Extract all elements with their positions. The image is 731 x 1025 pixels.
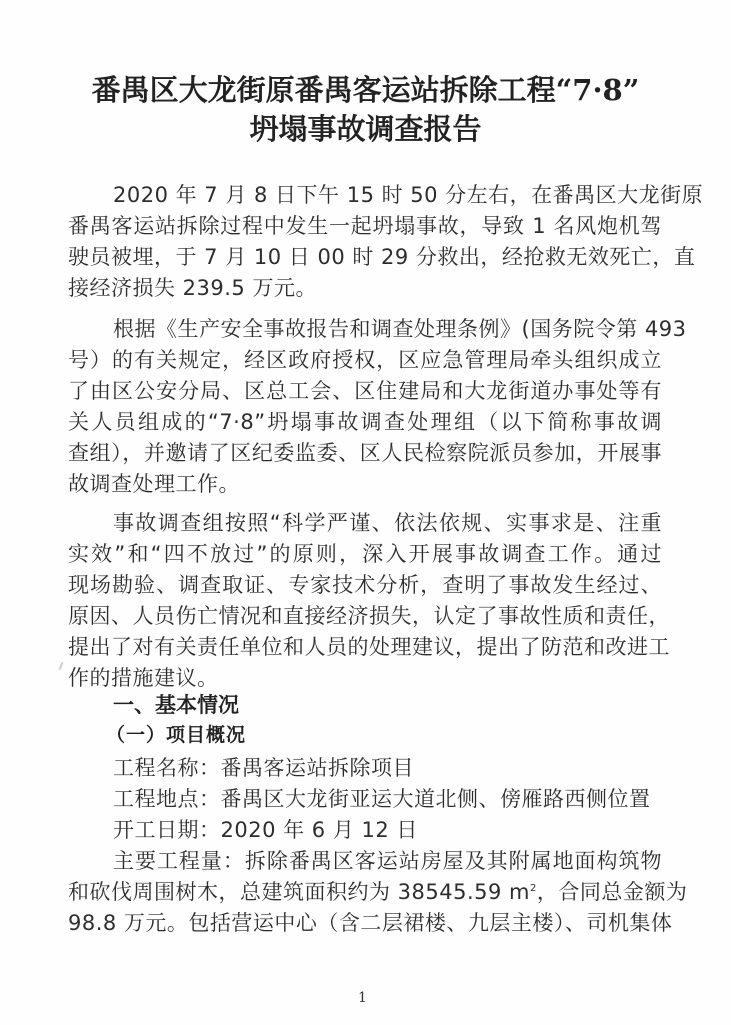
paragraph-3-line-2: 实效”和“四不放过”的原则，深入开展事故调查工作。通过: [68, 539, 662, 569]
report-title-line-1: 番禺区大龙街原番禺客运站拆除工程“7·8”: [40, 72, 691, 108]
paragraph-2-line-4: 关人员组成的“7·8”坍塌事故调查处理组（以下简称事故调: [68, 407, 662, 437]
paragraph-3-line-4: 原因、人员伤亡情况和直接经济损失，认定了事故性质和责任，: [68, 601, 662, 631]
main-works-line-1: 主要工程量：拆除番禺区客运站房屋及其附属地面构筑物: [113, 846, 662, 876]
paragraph-1-line-4: 接经济损失 239.5 万元。: [68, 273, 662, 303]
paragraph-3-line-1: 事故调查组按照“科学严谨、依法依规、实事求是、注重: [113, 508, 662, 538]
project-location-field: 工程地点：番禺区大龙街亚运大道北侧、傍雁路西侧位置: [113, 784, 662, 814]
paragraph-2-line-1: 根据《生产安全事故报告和调查处理条例》(国务院令第 493: [113, 314, 662, 344]
paragraph-2-line-5: 查组），并邀请了区纪委监委、区人民检察院派员参加，开展事: [68, 438, 662, 468]
paragraph-3-line-6: 作的措施建议。: [68, 663, 662, 693]
page-number: 1: [358, 990, 367, 1006]
main-works-line-2-text: 和砍伐周围树木，总建筑面积约为 38545.59 m: [68, 880, 530, 904]
project-start-date-field: 开工日期：2020 年 6 月 12 日: [113, 815, 662, 845]
paragraph-3-line-3: 现场勘验、调查取证、专家技术分析，查明了事故发生经过、: [68, 570, 662, 600]
main-works-line-2-text-end: ，合同总金额为: [537, 880, 688, 904]
main-works-line-3: 98.8 万元。包括营运中心（含二层裙楼、九层主楼）、司机集体: [68, 908, 662, 938]
paragraph-3-line-5: 提出了对有关责任单位和人员的处理建议，提出了防范和改进工: [68, 632, 662, 662]
main-works-line-2: 和砍伐周围树木，总建筑面积约为 38545.59 m2，合同总金额为: [68, 877, 662, 907]
report-title-line-2: 坍塌事故调查报告: [40, 111, 691, 147]
paragraph-2-line-6: 故调查处理工作。: [68, 469, 662, 499]
paragraph-1-line-3: 驶员被埋，于 7 月 10 日 00 时 29 分救出，经抢救无效死亡，直: [68, 242, 662, 272]
project-name-field: 工程名称：番禺客运站拆除项目: [113, 753, 662, 783]
paragraph-2-line-3: 了由区公安分局、区总工会、区住建局和大龙街道办事处等有: [68, 376, 662, 406]
paragraph-1-line-1: 2020 年 7 月 8 日下午 15 时 50 分左右，在番禺区大龙街原: [113, 180, 662, 210]
square-meter-superscript: 2: [530, 883, 537, 894]
section-heading-basic-info: 一、基本情况: [113, 690, 239, 720]
scan-margin-mark: [59, 662, 64, 670]
subsection-heading-project-overview: （一）项目概况: [106, 720, 246, 750]
paragraph-1-line-2: 番禺客运站拆除过程中发生一起坍塌事故，导致 1 名风炮机驾: [68, 211, 662, 241]
document-page: 番禺区大龙街原番禺客运站拆除工程“7·8” 坍塌事故调查报告 2020 年 7 …: [0, 0, 731, 1025]
paragraph-2-line-2: 号）的有关规定，经区政府授权，区应急管理局牵头组织成立: [68, 345, 662, 375]
